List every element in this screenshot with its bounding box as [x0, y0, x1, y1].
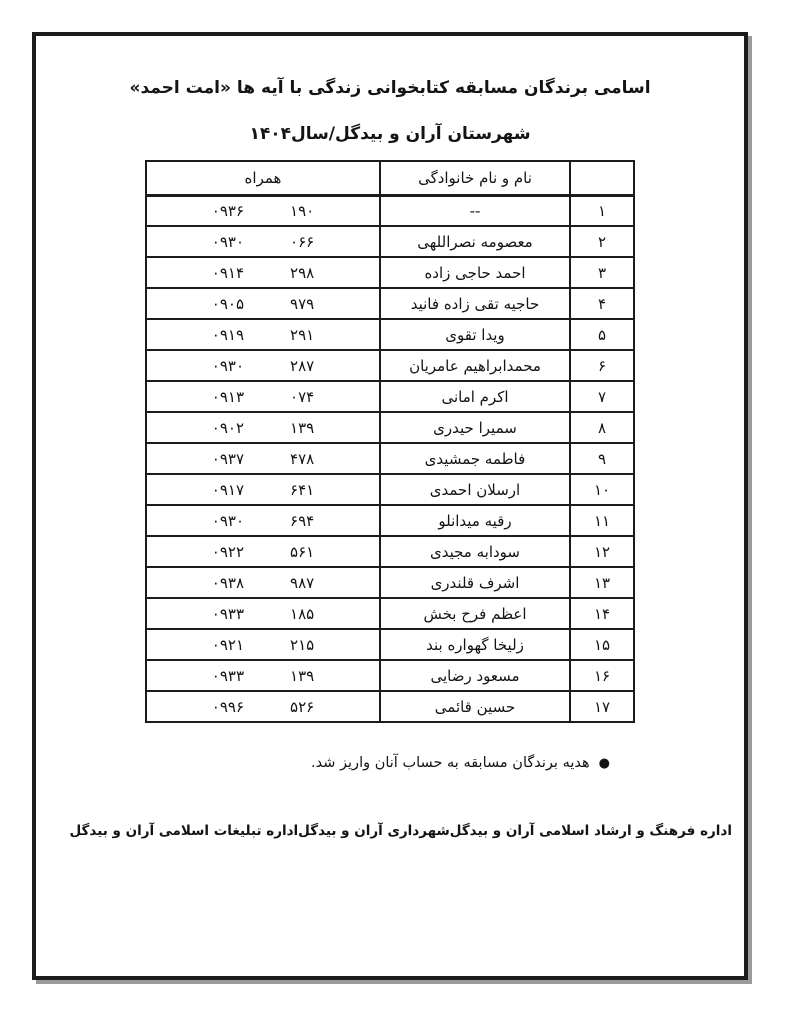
mobile-suffix: ۴۷۸	[290, 450, 314, 468]
winners-table: نام و نام خانوادگی همراه ۱--۰۹۳۶۱۹۰۲معصو…	[145, 160, 635, 723]
mobile-suffix: ۵۶۱	[290, 543, 314, 561]
name-cell: فاطمه جمشیدی	[380, 443, 570, 474]
table-row: ۱۲سودابه مجیدی۰۹۲۲۵۶۱	[146, 536, 634, 567]
mobile-cell: ۰۹۲۱۲۱۵	[146, 629, 380, 660]
document-subtitle: شهرستان آران و بیدگل/سال۱۴۰۴	[36, 124, 744, 144]
mobile-number: ۰۹۰۵۹۷۹	[151, 295, 375, 313]
mobile-cell: ۰۹۹۶۵۲۶	[146, 691, 380, 722]
mobile-cell: ۰۹۱۳۰۷۴	[146, 381, 380, 412]
header-row-number	[570, 161, 634, 195]
mobile-suffix: ۶۹۴	[290, 512, 314, 530]
mobile-prefix: ۰۹۳۸	[212, 574, 244, 592]
name-cell: رقیه میدانلو	[380, 505, 570, 536]
mobile-suffix: ۱۹۰	[290, 202, 314, 220]
mobile-prefix: ۰۹۱۷	[212, 481, 244, 499]
mobile-suffix: ۲۸۷	[290, 357, 314, 375]
name-cell: اکرم امانی	[380, 381, 570, 412]
mobile-number: ۰۹۳۰۶۹۴	[151, 512, 375, 530]
mobile-suffix: ۵۲۶	[290, 698, 314, 716]
table-body: ۱--۰۹۳۶۱۹۰۲معصومه نصراللهی۰۹۳۰۰۶۶۳احمد ح…	[146, 195, 634, 722]
mobile-suffix: ۶۴۱	[290, 481, 314, 499]
footer-signatures: اداره فرهنگ و ارشاد اسلامی آران و بیدگل …	[98, 823, 732, 839]
mobile-prefix: ۰۹۲۲	[212, 543, 244, 561]
mobile-cell: ۰۹۳۰۶۹۴	[146, 505, 380, 536]
document-page: اسامی برندگان مسابقه کتابخوانی زندگی با …	[32, 32, 748, 980]
mobile-cell: ۰۹۳۶۱۹۰	[146, 195, 380, 226]
mobile-prefix: ۰۹۳۰	[212, 512, 244, 530]
row-number-cell: ۱۴	[570, 598, 634, 629]
name-cell: زلیخا گهواره بند	[380, 629, 570, 660]
mobile-prefix: ۰۹۰۲	[212, 419, 244, 437]
name-cell: ارسلان احمدی	[380, 474, 570, 505]
name-cell: ویدا تقوی	[380, 319, 570, 350]
table-row: ۶محمدابراهیم عامریان۰۹۳۰۲۸۷	[146, 350, 634, 381]
row-number-cell: ۴	[570, 288, 634, 319]
mobile-number: ۰۹۹۶۵۲۶	[151, 698, 375, 716]
header-name: نام و نام خانوادگی	[380, 161, 570, 195]
mobile-number: ۰۹۲۱۲۱۵	[151, 636, 375, 654]
table-row: ۱۰ارسلان احمدی۰۹۱۷۶۴۱	[146, 474, 634, 505]
mobile-suffix: ۱۳۹	[290, 419, 314, 437]
mobile-prefix: ۰۹۱۴	[212, 264, 244, 282]
table-row: ۸سمیرا حیدری۰۹۰۲۱۳۹	[146, 412, 634, 443]
row-number-cell: ۱۲	[570, 536, 634, 567]
mobile-cell: ۰۹۱۷۶۴۱	[146, 474, 380, 505]
table-row: ۱۷حسین قائمی۰۹۹۶۵۲۶	[146, 691, 634, 722]
mobile-cell: ۰۹۳۰۰۶۶	[146, 226, 380, 257]
name-cell: معصومه نصراللهی	[380, 226, 570, 257]
table-row: ۱۳اشرف قلندری۰۹۳۸۹۸۷	[146, 567, 634, 598]
mobile-prefix: ۰۹۹۶	[212, 698, 244, 716]
mobile-number: ۰۹۳۶۱۹۰	[151, 202, 375, 220]
row-number-cell: ۱۵	[570, 629, 634, 660]
mobile-cell: ۰۹۱۹۲۹۱	[146, 319, 380, 350]
row-number-cell: ۷	[570, 381, 634, 412]
name-cell: اعظم فرح بخش	[380, 598, 570, 629]
name-cell: محمدابراهیم عامریان	[380, 350, 570, 381]
footer-org-culture-guidance: اداره فرهنگ و ارشاد اسلامی آران و بیدگل	[450, 823, 732, 839]
mobile-cell: ۰۹۰۲۱۳۹	[146, 412, 380, 443]
mobile-number: ۰۹۱۷۶۴۱	[151, 481, 375, 499]
mobile-prefix: ۰۹۳۳	[212, 605, 244, 623]
mobile-cell: ۰۹۱۴۲۹۸	[146, 257, 380, 288]
row-number-cell: ۲	[570, 226, 634, 257]
name-cell: حاجیه تقی زاده فانید	[380, 288, 570, 319]
prize-note-text: هدیه برندگان مسابقه به حساب آنان واریز ش…	[311, 755, 590, 771]
table-row: ۵ویدا تقوی۰۹۱۹۲۹۱	[146, 319, 634, 350]
mobile-cell: ۰۹۳۳۱۸۵	[146, 598, 380, 629]
table-header-row: نام و نام خانوادگی همراه	[146, 161, 634, 195]
mobile-prefix: ۰۹۳۶	[212, 202, 244, 220]
table-row: ۱۱رقیه میدانلو۰۹۳۰۶۹۴	[146, 505, 634, 536]
mobile-prefix: ۰۹۲۱	[212, 636, 244, 654]
mobile-suffix: ۹۸۷	[290, 574, 314, 592]
table-row: ۷اکرم امانی۰۹۱۳۰۷۴	[146, 381, 634, 412]
row-number-cell: ۱۷	[570, 691, 634, 722]
name-cell: اشرف قلندری	[380, 567, 570, 598]
prize-note: ●هدیه برندگان مسابقه به حساب آنان واریز …	[36, 755, 610, 771]
mobile-number: ۰۹۳۳۱۸۵	[151, 605, 375, 623]
mobile-prefix: ۰۹۳۰	[212, 357, 244, 375]
mobile-cell: ۰۹۳۸۹۸۷	[146, 567, 380, 598]
mobile-suffix: ۲۹۸	[290, 264, 314, 282]
row-number-cell: ۱۳	[570, 567, 634, 598]
mobile-suffix: ۰۷۴	[290, 388, 314, 406]
mobile-suffix: ۱۳۹	[290, 667, 314, 685]
name-cell: مسعود رضایی	[380, 660, 570, 691]
table-row: ۱--۰۹۳۶۱۹۰	[146, 195, 634, 226]
mobile-number: ۰۹۳۳۱۳۹	[151, 667, 375, 685]
row-number-cell: ۱۶	[570, 660, 634, 691]
mobile-cell: ۰۹۲۲۵۶۱	[146, 536, 380, 567]
footer-org-islamic-propagation: اداره تبلیغات اسلامی آران و بیدگل	[70, 823, 299, 839]
mobile-cell: ۰۹۳۰۲۸۷	[146, 350, 380, 381]
table-row: ۱۵زلیخا گهواره بند۰۹۲۱۲۱۵	[146, 629, 634, 660]
row-number-cell: ۱	[570, 195, 634, 226]
mobile-number: ۰۹۳۸۹۸۷	[151, 574, 375, 592]
row-number-cell: ۵	[570, 319, 634, 350]
mobile-number: ۰۹۱۳۰۷۴	[151, 388, 375, 406]
row-number-cell: ۱۰	[570, 474, 634, 505]
table-row: ۳احمد حاجی زاده۰۹۱۴۲۹۸	[146, 257, 634, 288]
row-number-cell: ۹	[570, 443, 634, 474]
mobile-cell: ۰۹۳۳۱۳۹	[146, 660, 380, 691]
name-cell: سودابه مجیدی	[380, 536, 570, 567]
row-number-cell: ۶	[570, 350, 634, 381]
table-row: ۴حاجیه تقی زاده فانید۰۹۰۵۹۷۹	[146, 288, 634, 319]
name-cell: سمیرا حیدری	[380, 412, 570, 443]
mobile-number: ۰۹۱۴۲۹۸	[151, 264, 375, 282]
name-cell: حسین قائمی	[380, 691, 570, 722]
mobile-number: ۰۹۳۰۲۸۷	[151, 357, 375, 375]
mobile-prefix: ۰۹۳۳	[212, 667, 244, 685]
row-number-cell: ۳	[570, 257, 634, 288]
mobile-prefix: ۰۹۰۵	[212, 295, 244, 313]
mobile-suffix: ۰۶۶	[290, 233, 314, 251]
row-number-cell: ۱۱	[570, 505, 634, 536]
mobile-suffix: ۲۹۱	[290, 326, 314, 344]
name-cell: --	[380, 195, 570, 226]
mobile-suffix: ۱۸۵	[290, 605, 314, 623]
table-row: ۱۴اعظم فرح بخش۰۹۳۳۱۸۵	[146, 598, 634, 629]
mobile-number: ۰۹۳۰۰۶۶	[151, 233, 375, 251]
bullet-icon: ●	[599, 756, 610, 771]
document-title: اسامی برندگان مسابقه کتابخوانی زندگی با …	[36, 78, 744, 98]
mobile-suffix: ۲۱۵	[290, 636, 314, 654]
name-cell: احمد حاجی زاده	[380, 257, 570, 288]
mobile-prefix: ۰۹۳۰	[212, 233, 244, 251]
mobile-suffix: ۹۷۹	[290, 295, 314, 313]
table-row: ۲معصومه نصراللهی۰۹۳۰۰۶۶	[146, 226, 634, 257]
mobile-number: ۰۹۰۲۱۳۹	[151, 419, 375, 437]
mobile-cell: ۰۹۰۵۹۷۹	[146, 288, 380, 319]
header-mobile: همراه	[146, 161, 380, 195]
mobile-prefix: ۰۹۱۳	[212, 388, 244, 406]
table-row: ۱۶مسعود رضایی۰۹۳۳۱۳۹	[146, 660, 634, 691]
footer-org-municipality: شهرداری آران و بیدگل	[298, 823, 450, 839]
mobile-prefix: ۰۹۱۹	[212, 326, 244, 344]
mobile-number: ۰۹۳۷۴۷۸	[151, 450, 375, 468]
mobile-prefix: ۰۹۳۷	[212, 450, 244, 468]
mobile-cell: ۰۹۳۷۴۷۸	[146, 443, 380, 474]
table-row: ۹فاطمه جمشیدی۰۹۳۷۴۷۸	[146, 443, 634, 474]
mobile-number: ۰۹۲۲۵۶۱	[151, 543, 375, 561]
mobile-number: ۰۹۱۹۲۹۱	[151, 326, 375, 344]
row-number-cell: ۸	[570, 412, 634, 443]
